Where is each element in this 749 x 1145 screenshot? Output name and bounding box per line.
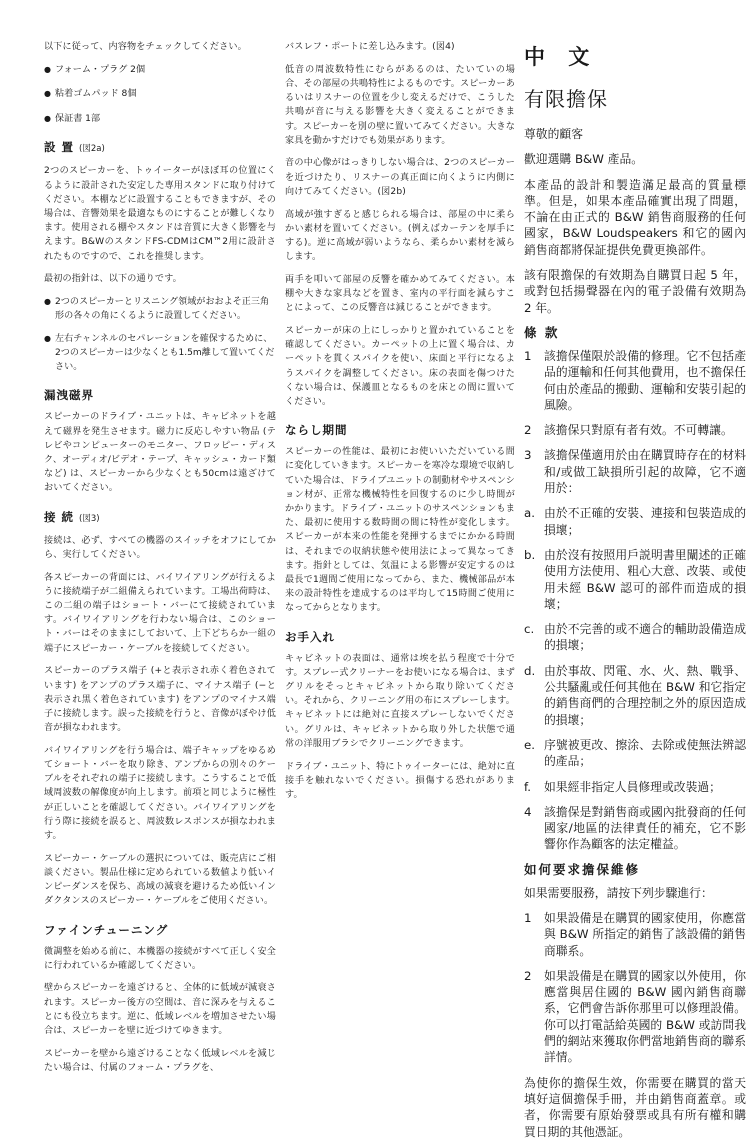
paragraph: 該有限擔保的有效期為自購買日起 5 年，或對包括揚聲器在內的電子設備有效期為 2… bbox=[524, 267, 746, 316]
paragraph: 壁からスピーカーを遠ざけると、全体的に低域が減衰されます。スピーカー後方の空間は… bbox=[44, 981, 276, 1038]
paragraph: バスレフ・ポートに差し込みます。(図4) bbox=[285, 40, 515, 54]
figure-ref: (図2a) bbox=[79, 144, 105, 154]
paragraph: スピーカーを壁から遠ざけることなく低域レベルを減じたい場合は、付属のフォーム・プ… bbox=[44, 1047, 276, 1075]
closing-paragraph: 為使你的擔保生效，你需要在購買的當天填好這個擔保手冊，并由銷售商蓋章。或者，你需… bbox=[524, 1075, 746, 1140]
contents-item: フォーム・プラグ 2個 bbox=[44, 63, 276, 77]
greeting: 尊敬的顧客 bbox=[524, 126, 746, 142]
section-heading-setup: 設 置 (図2a) bbox=[44, 139, 276, 157]
contents-intro: 以下に従って、内容物をチェックしてください。 bbox=[44, 40, 276, 54]
paragraph: ドライブ・ユニット、特にトゥイーターには、絶対に直接手を触れないでください。損傷… bbox=[285, 760, 515, 803]
middle-column: バスレフ・ポートに差し込みます。(図4) 低音の周波数特性にむらがあるのは、たい… bbox=[285, 40, 515, 811]
section-heading-connection: 接 続 (図3) bbox=[44, 509, 276, 527]
page-title: 有限擔保 bbox=[524, 86, 746, 112]
paragraph: バイワイアリングを行う場合は、端子キャップをゆるめてショート・バーを取り除き、ア… bbox=[44, 744, 276, 843]
claim-step: 2如果設備是在購買的國家以外使用，你應當與居住國的 B&W 國內銷售商聯系，它們… bbox=[524, 968, 746, 1066]
section-heading-claim: 如何要求擔保維修 bbox=[524, 862, 746, 878]
paragraph: スピーカーのプラス端子 (+と表示され赤く着色されています) をアンプのプラス端… bbox=[44, 664, 276, 735]
terms-item: 1該擔保僅限於設備的修理。它不包括產品的運輸和任何其他費用，也不擔保任何由於產品… bbox=[524, 348, 746, 413]
paragraph: キャビネットの表面は、通常は埃を払う程度で十分です。スプレー式クリーナーをお使い… bbox=[285, 652, 515, 751]
section-heading-terms: 條 款 bbox=[524, 325, 746, 341]
terms-item: c.由於不完善的或不適合的輔助設備造成的損壞； bbox=[524, 621, 746, 654]
terms-item: 3該擔保僅適用於由在購買時存在的材料和/或做工缺損所引起的故障，它不適用於： bbox=[524, 447, 746, 496]
paragraph: 音の中心像がはっきりしない場合は、2つのスピーカーを近づけたり、リスナーの真正面… bbox=[285, 156, 515, 199]
terms-item: a.由於不正確的安裝、連接和包裝造成的損壞； bbox=[524, 505, 746, 538]
paragraph: 高域が強すぎると感じられる場合は、部屋の中に柔らかい素材を置いてください。(例え… bbox=[285, 208, 515, 265]
paragraph: 接続は、必ず、すべての機器のスイッチをオフにしてから、実行してください。 bbox=[44, 534, 276, 562]
right-column: 中 文 有限擔保 尊敬的顧客 歡迎選購 B&W 產品。 本產品的設計和製造滿足最… bbox=[524, 40, 746, 1145]
paragraph: 両手を叩いて部屋の反響を確かめてみてください。本棚や大きな家具などを置き、室内の… bbox=[285, 273, 515, 316]
section-heading-care: お手入れ bbox=[285, 629, 515, 645]
paragraph: スピーカーの性能は、最初にお使いいただいている間に変化していきます。スピーカーを… bbox=[285, 445, 515, 615]
paragraph: 如果需要服務，請按下列步驟進行： bbox=[524, 885, 746, 901]
list-item: 左右チャンネルのセパレーションを確保するために、2つのスピーカーは少なくとも1.… bbox=[44, 332, 276, 375]
section-heading-fine-tuning: ファインチューニング bbox=[44, 922, 276, 938]
claim-step: 1如果設備是在購買的國家使用，你應當與 B&W 所指定的銷售了該設備的銷售商聯系… bbox=[524, 910, 746, 959]
paragraph: 各スピーカーの背面には、バイワイアリングが行えるように接続端子が二組備えられてい… bbox=[44, 571, 276, 656]
paragraph: 最初の指針は、以下の通りです。 bbox=[44, 272, 276, 286]
paragraph: 本產品的設計和製造滿足最高的質量標準。但是，如果本產品確實出現了問題，不論在由正… bbox=[524, 177, 746, 258]
left-column: 以下に従って、内容物をチェックしてください。 フォーム・プラグ 2個 粘着ゴムパ… bbox=[44, 40, 276, 1084]
section-heading-break-in: ならし期間 bbox=[285, 422, 515, 438]
section-heading-magnetic: 漏洩磁界 bbox=[44, 387, 276, 403]
paragraph: スピーカーのドライブ・ユニットは、キャビネットを越えて磁界を発生させます。磁力に… bbox=[44, 410, 276, 495]
paragraph: スピーカーが床の上にしっかりと置かれていることを確認してください。カーペットの上… bbox=[285, 324, 515, 409]
terms-item: e.序號被更改、擦涂、去除或使無法辨認的產品； bbox=[524, 737, 746, 770]
language-heading: 中 文 bbox=[524, 44, 746, 70]
list-item: 2つのスピーカーとリスニング領域がおおよそ正三角形の各々の角にくるように設置して… bbox=[44, 295, 276, 323]
terms-item: d.由於事故、閃電、水、火、熱、戰爭、公共騷亂或任何其他在 B&W 和它指定的銷… bbox=[524, 663, 746, 728]
terms-item: 2該擔保只對原有者有效。不可轉讓。 bbox=[524, 422, 746, 438]
contents-item: 保証書 1部 bbox=[44, 112, 276, 126]
figure-ref: (図3) bbox=[79, 514, 100, 524]
terms-item: b.由於沒有按照用戶説明書里闡述的正確使用方法使用、粗心大意、改裝、或使用未經 … bbox=[524, 547, 746, 612]
terms-item: 4該擔保是對銷售商或國內批發商的任何國家/地區的法律責任的補充，它不影響你作為顧… bbox=[524, 804, 746, 853]
paragraph: 低音の周波数特性にむらがあるのは、たいていの場合、その部屋の共鳴特性によるもので… bbox=[285, 63, 515, 148]
contents-item: 粘着ゴムパッド 8個 bbox=[44, 87, 276, 101]
paragraph: 2つのスピーカーを、トゥイーターがほぼ耳の位置にくるように設計された安定した専用… bbox=[44, 164, 276, 263]
welcome-text: 歡迎選購 B&W 產品。 bbox=[524, 151, 746, 167]
paragraph: 微調整を始める前に、本機器の接続がすべて正しく安全に行われているか確認してくださ… bbox=[44, 945, 276, 973]
terms-item: f.如果經非指定人員修理或改裝過； bbox=[524, 779, 746, 795]
paragraph: スピーカー・ケーブルの選択については、販売店にご相談ください。製品仕様に定められ… bbox=[44, 852, 276, 909]
